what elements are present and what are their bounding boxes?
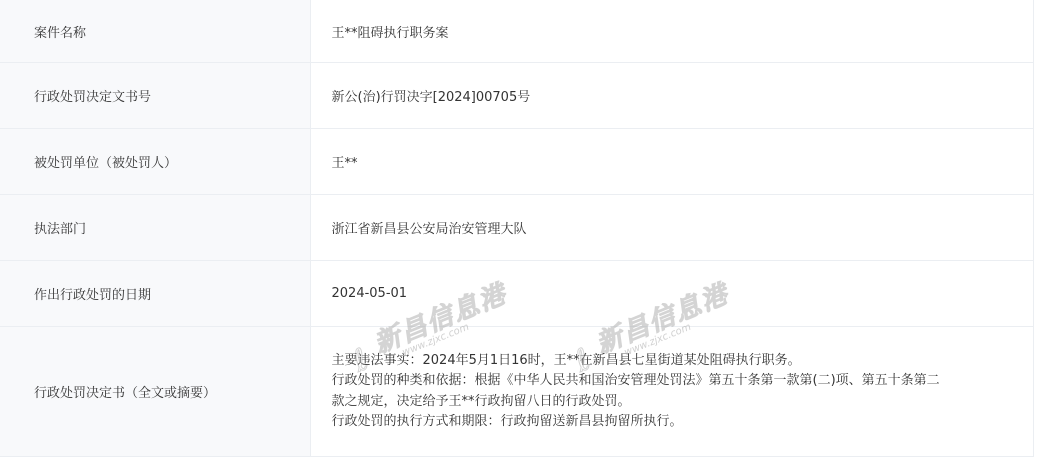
table-row-penalized-party: 被处罚单位（被处罚人） 王** xyxy=(0,129,1034,195)
label-document-number: 行政处罚决定文书号 xyxy=(0,63,310,129)
summary-execution: 行政处罚的执行方式和期限：行政拘留送新昌县拘留所执行。 xyxy=(332,412,1034,433)
table-row-enforcement-dept: 执法部门 浙江省新昌县公安局治安管理大队 xyxy=(0,195,1034,261)
summary-basis-line2: 款之规定，决定给予王**行政拘留八日的行政处罚。 xyxy=(332,392,1034,413)
value-document-number: 新公(治)行罚决字[2024]00705号 xyxy=(310,63,1034,129)
value-penalized-party: 王** xyxy=(310,129,1034,195)
value-decision-date: 2024-05-01 xyxy=(310,261,1034,327)
penalty-detail-table: 案件名称 王**阻碍执行职务案 行政处罚决定文书号 新公(治)行罚决字[2024… xyxy=(0,0,1034,457)
label-decision-date: 作出行政处罚的日期 xyxy=(0,261,310,327)
table-row-decision-date: 作出行政处罚的日期 2024-05-01 xyxy=(0,261,1034,327)
label-case-name: 案件名称 xyxy=(0,0,310,63)
table-row-decision-summary: 行政处罚决定书（全文或摘要） 主要违法事实：2024年5月1日16时，王**在新… xyxy=(0,327,1034,457)
summary-basis-line1: 行政处罚的种类和依据：根据《中华人民共和国治安管理处罚法》第五十条第一款第(二)… xyxy=(332,371,1034,392)
label-penalized-party: 被处罚单位（被处罚人） xyxy=(0,129,310,195)
label-decision-summary: 行政处罚决定书（全文或摘要） xyxy=(0,327,310,457)
table-row-document-number: 行政处罚决定文书号 新公(治)行罚决字[2024]00705号 xyxy=(0,63,1034,129)
value-decision-summary: 主要违法事实：2024年5月1日16时，王**在新昌县七星街道某处阻碍执行职务。… xyxy=(310,327,1034,457)
table-row-case-name: 案件名称 王**阻碍执行职务案 xyxy=(0,0,1034,63)
value-case-name: 王**阻碍执行职务案 xyxy=(310,0,1034,63)
value-enforcement-dept: 浙江省新昌县公安局治安管理大队 xyxy=(310,195,1034,261)
summary-facts: 主要违法事实：2024年5月1日16时，王**在新昌县七星街道某处阻碍执行职务。 xyxy=(332,351,1034,372)
label-enforcement-dept: 执法部门 xyxy=(0,195,310,261)
